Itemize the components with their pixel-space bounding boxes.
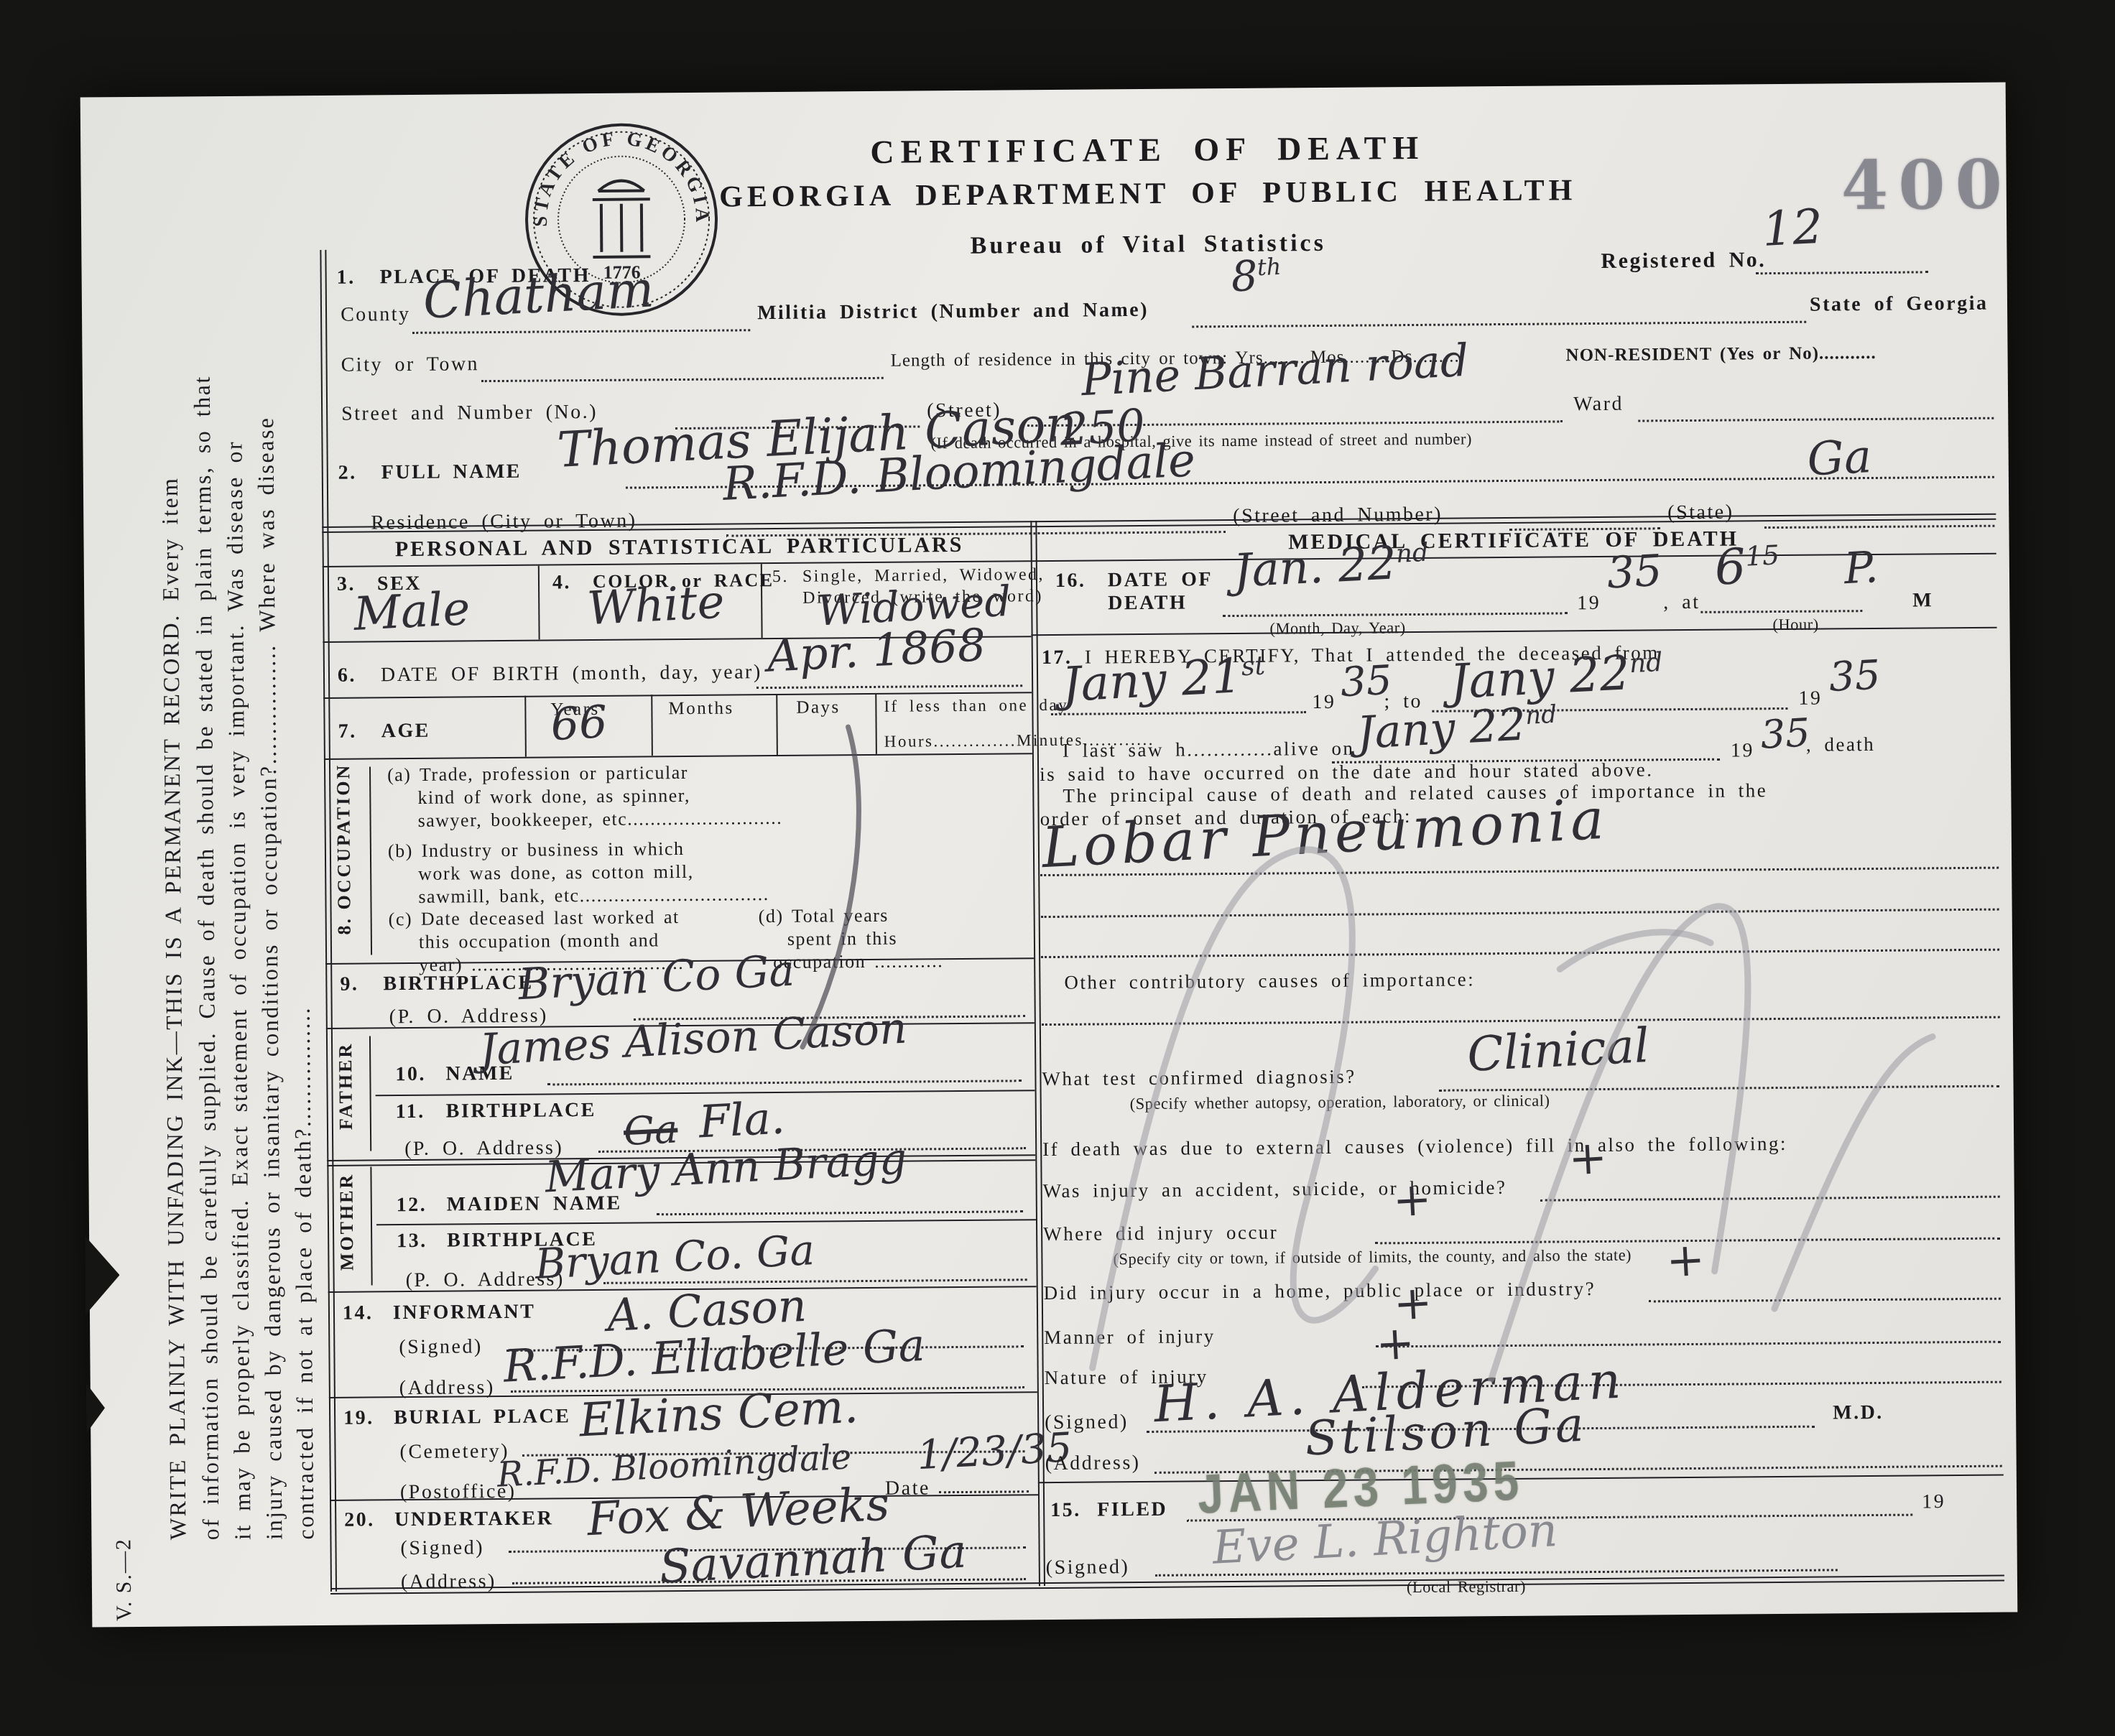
attended-to-ordinal: nd	[1629, 646, 1664, 679]
age-years-value: 66	[550, 700, 608, 747]
occupation-d-line1: (d) Total years	[759, 905, 889, 927]
occupation-c-line1: (c) Date deceased last worked at	[389, 906, 680, 930]
section-1-number: 1.	[337, 266, 356, 289]
undertaker-address-label: (Address)	[401, 1570, 496, 1594]
dod-hour-value: 6	[1713, 539, 1747, 597]
mother-maiden-name-value: Mary Ann Bragg	[544, 1138, 907, 1199]
margin-instruction-line-5: contracted if not at place of death?....…	[289, 1006, 320, 1540]
physician-signed-label: (Signed)	[1045, 1411, 1129, 1434]
dod-label-line2: DEATH	[1108, 591, 1187, 615]
father-birthplace-value: Fla.	[698, 1095, 786, 1144]
informant-signed-label: (Signed)	[399, 1335, 483, 1359]
where-injury-label: Where did injury occur	[1043, 1222, 1278, 1246]
birthplace-number: 9.	[340, 973, 358, 996]
undertaker-number: 20.	[344, 1508, 375, 1531]
occupation-b-line2: work was done, as cotton mill,	[418, 861, 694, 885]
dod-sub-label: (Month, Day, Year)	[1269, 618, 1405, 638]
birthplace-label: BIRTHPLACE	[383, 972, 533, 996]
where-injury-value: +	[1392, 1176, 1433, 1225]
nature-of-injury-value: +	[1375, 1320, 1416, 1368]
father-birthplace-number: 11.	[396, 1100, 425, 1123]
home-industry-label: Did injury occur in a home, public place…	[1044, 1278, 1596, 1304]
scanned-death-certificate-page: { "sidebar": { "line1": "WRITE PLAINLY W…	[0, 0, 2115, 1736]
undertaker-signed-label: (Signed)	[400, 1536, 484, 1560]
filed-year-label: 19	[1922, 1490, 1945, 1513]
full-name-label: FULL NAME	[381, 460, 522, 485]
burial-date-label: Date	[885, 1477, 930, 1500]
margin-instruction-line-4: injury caused by dangerous or insanitary…	[252, 416, 287, 1540]
occupation-c-line2: this occupation (month and	[419, 929, 660, 953]
burial-place-label: BURIAL PLACE	[394, 1405, 571, 1429]
occupation-vertical-label: 8. OCCUPATION	[333, 763, 356, 935]
dod-hour-minutes: 15	[1744, 539, 1780, 572]
father-birthplace-label: BIRTHPLACE	[446, 1099, 596, 1123]
attended-to-year: 35	[1828, 655, 1882, 698]
margin-instruction-line-1: WRITE PLAINLY WITH UNFADING INK—THIS IS …	[157, 477, 192, 1541]
page-number-stamp: 400	[1841, 145, 2012, 226]
certificate-paper: WRITE PLAINLY WITH UNFADING INK—THIS IS …	[80, 83, 2018, 1628]
age-days-label: Days	[796, 697, 841, 718]
torn-edge-notch	[85, 1235, 120, 1314]
mother-name-number: 12.	[397, 1194, 427, 1217]
margin-instruction-line-3: it may be properly classified. Exact sta…	[221, 440, 256, 1539]
race-number: 4.	[552, 571, 571, 594]
dod-value: Jan. 22	[1232, 537, 1398, 598]
attended-from-ordinal: st	[1241, 649, 1266, 682]
if-less-than-one-day-label: If less than one day	[884, 696, 1068, 716]
from-nineteen-label: 19	[1312, 691, 1336, 714]
dod-hour-sub-label: (Hour)	[1772, 616, 1818, 635]
dob-label: DATE OF BIRTH (month, day, year)	[381, 661, 762, 687]
last-saw-year: 35	[1759, 713, 1810, 754]
registered-no-label: Registered No.	[1601, 248, 1766, 274]
residence-state-value: Ga	[1806, 434, 1872, 483]
race-value: White	[586, 579, 726, 632]
dod-at-label: , at	[1663, 591, 1700, 614]
father-vertical-label: FATHER	[335, 1042, 357, 1131]
manner-of-injury-label: Manner of injury	[1044, 1325, 1216, 1349]
md-label: M.D.	[1833, 1401, 1884, 1425]
occupation-d-line2: spent in this	[787, 928, 897, 950]
dod-ampm-value: P.	[1843, 546, 1879, 590]
age-number: 7.	[338, 720, 356, 743]
registrar-signed-label: (Signed)	[1046, 1556, 1130, 1579]
burial-number: 19.	[343, 1406, 374, 1429]
mother-vertical-label: MOTHER	[335, 1173, 358, 1271]
age-months-label: Months	[668, 698, 734, 719]
dod-number: 16.	[1055, 570, 1086, 593]
occupation-b-line3: sawmill, bank, etc......................…	[418, 883, 769, 908]
attended-from-value: Jany 21	[1060, 648, 1243, 712]
informant-number: 14.	[343, 1301, 374, 1324]
physician-address-label: (Address)	[1045, 1452, 1141, 1475]
militia-district-label: Militia District (Number and Name)	[757, 299, 1149, 325]
occupation-a-line2: kind of work done, as spinner,	[417, 785, 690, 809]
dob-number: 6.	[338, 664, 356, 687]
informant-label: INFORMANT	[393, 1301, 536, 1325]
dob-value: Apr. 1868	[766, 623, 986, 679]
death-label: , death	[1806, 733, 1876, 756]
local-registrar-sub-label: (Local Registrar)	[1407, 1577, 1526, 1597]
section-2-number: 2.	[338, 462, 357, 485]
street-value: Pine Barran road	[1080, 338, 1469, 403]
lastsaw-nineteen-label: 19	[1731, 739, 1754, 762]
state-of-georgia-label: State of Georgia	[1810, 292, 1989, 317]
city-or-town-label: City or Town	[341, 353, 479, 377]
dod-nineteen-label: 19	[1577, 592, 1601, 615]
test-confirmed-label: What test confirmed diagnosis?	[1042, 1066, 1356, 1090]
dod-label-line1: DATE OF	[1108, 568, 1213, 592]
father-po-label: (P. O. Address)	[404, 1136, 563, 1161]
ward-label: Ward	[1573, 393, 1624, 417]
torn-edge-notch	[86, 1383, 106, 1433]
filed-number: 15.	[1050, 1499, 1081, 1522]
test-sub-label: (Specify whether autopsy, operation, lab…	[1130, 1092, 1550, 1114]
non-resident-label: NON-RESIDENT (Yes or No)...........	[1565, 343, 1876, 366]
county-value: Chatham	[422, 264, 655, 325]
militia-district-value: 8	[1230, 251, 1259, 302]
form-code: V. S.—2	[111, 1538, 136, 1621]
dod-year-value: 35	[1606, 549, 1662, 595]
filed-label: FILED	[1097, 1498, 1167, 1522]
injury-accident-value: +	[1568, 1135, 1609, 1183]
militia-district-value-ordinal: th	[1256, 253, 1282, 282]
occupation-a-line1: (a) Trade, profession or particular	[387, 762, 688, 786]
cemetery-label: (Cemetery)	[399, 1440, 509, 1464]
dod-m-label: M	[1912, 589, 1933, 612]
test-confirmed-value: Clinical	[1466, 1022, 1651, 1079]
undertaker-address-value: Savannah Ga	[658, 1529, 967, 1591]
to-nineteen-label: 19	[1798, 687, 1822, 710]
home-industry-value: +	[1665, 1237, 1706, 1285]
informant-address-value: R.F.D. Ellabelle Ga	[502, 1323, 926, 1389]
county-label: County	[341, 303, 411, 327]
registered-no-value: 12	[1762, 203, 1824, 254]
mother-birthplace-value: Bryan Co. Ga	[534, 1229, 815, 1285]
sex-value: Male	[353, 586, 471, 638]
external-causes-label: If death was due to external causes (vio…	[1042, 1133, 1787, 1161]
father-name-number: 10.	[395, 1063, 426, 1086]
last-saw-ordinal: nd	[1524, 700, 1558, 730]
occupation-b-line1: (b) Industry or business in which	[388, 838, 685, 862]
last-saw-value: Jany 22	[1356, 698, 1527, 759]
mother-birthplace-number: 13.	[397, 1230, 427, 1253]
occupation-a-line3: sawyer, bookkeeper, etc.................…	[417, 807, 782, 832]
injury-accident-label: Was injury an accident, suicide, or homi…	[1043, 1176, 1507, 1202]
margin-instruction-line-2: of information should be carefully suppl…	[189, 375, 225, 1540]
contributory-causes-label: Other contributory causes of importance:	[1064, 968, 1475, 993]
birthplace-value: Bryan Co Ga	[517, 949, 796, 1006]
where-injury-sub-label: (Specify city or town, if outside of lim…	[1113, 1246, 1632, 1269]
age-label: AGE	[381, 720, 430, 743]
stray-ink-stroke	[800, 727, 861, 1047]
personal-particulars-header: PERSONAL AND STATISTICAL PARTICULARS	[328, 532, 1031, 562]
undertaker-label: UNDERTAKER	[394, 1507, 553, 1531]
last-saw-label: I last saw h.............alive on	[1063, 738, 1355, 762]
cemetery-value: Elkins Cem.	[578, 1384, 859, 1444]
occupation-d-line3: occupation ............	[773, 950, 943, 973]
marital-number: 5.	[772, 567, 789, 587]
dod-value-ordinal: nd	[1395, 538, 1429, 569]
